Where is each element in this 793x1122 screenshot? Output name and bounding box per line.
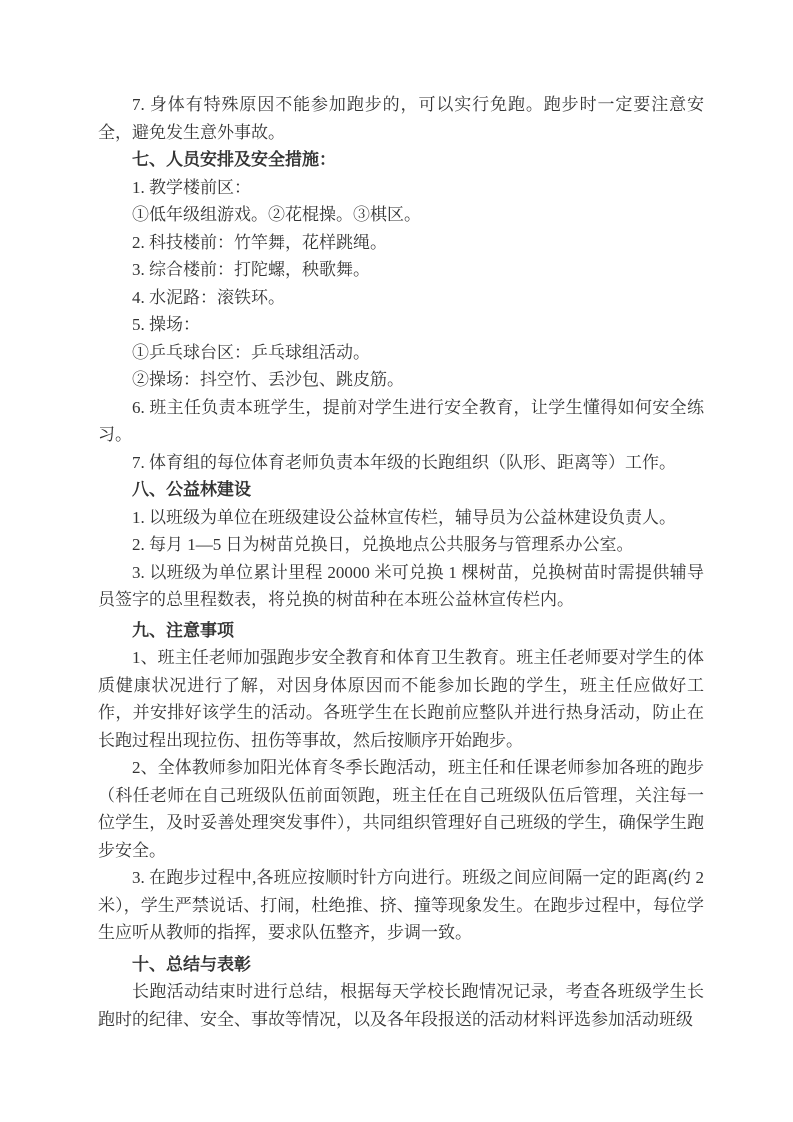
item-comprehensive-building: 3. 综合楼前：打陀螺，秧歌舞。 — [98, 256, 704, 284]
item-science-building: 2. 科技楼前：竹竿舞，花样跳绳。 — [98, 229, 704, 257]
item-playground-activities: ②操场：抖空竹、丢沙包、跳皮筋。 — [98, 366, 704, 394]
item-teaching-building-activities: ①低年级组游戏。②花棍操。③棋区。 — [98, 201, 704, 229]
item-class-teacher-duty: 6. 班主任负责本班学生，提前对学生进行安全教育，让学生懂得如何安全练习。 — [98, 394, 704, 449]
para-exemption-note: 7. 身体有特殊原因不能参加跑步的，可以实行免跑。跑步时一定要注意安全，避免发生… — [98, 91, 704, 146]
heading-section-7-personnel-safety: 七、人员安排及安全措施： — [98, 146, 704, 174]
para-summary: 长跑活动结束时进行总结，根据每天学校长跑情况记录，考查各班级学生长跑时的纪律、安… — [98, 978, 704, 1033]
item-sapling-exchange-rule: 3. 以班级为单位累计里程 20000 米可兑换 1 棵树苗，兑换树苗时需提供辅… — [98, 559, 704, 614]
item-pingpong-area: ①乒乓球台区：乒乓球组活动。 — [98, 339, 704, 367]
item-cement-road: 4. 水泥路：滚铁环。 — [98, 284, 704, 312]
item-playground: 5. 操场： — [98, 311, 704, 339]
document-page: 7. 身体有特殊原因不能参加跑步的，可以实行免跑。跑步时一定要注意安全，避免发生… — [0, 0, 793, 1122]
item-teaching-building-area: 1. 教学楼前区： — [98, 174, 704, 202]
heading-section-8-welfare-forest: 八、公益林建设 — [98, 476, 704, 504]
heading-section-10-summary: 十、总结与表彰 — [98, 951, 704, 979]
item-pe-teacher-duty: 7. 体育组的每位体育老师负责本年级的长跑组织（队形、距离等）工作。 — [98, 449, 704, 477]
heading-section-9-notes: 九、注意事项 — [98, 617, 704, 645]
para-note-3: 3. 在跑步过程中,各班应按顺时针方向进行。班级之间应间隔一定的距离(约 2 米… — [98, 864, 704, 947]
item-sapling-exchange-day: 2. 每月 1—5 日为树苗兑换日，兑换地点公共服务与管理系办公室。 — [98, 531, 704, 559]
item-forest-publicity-board: 1. 以班级为单位在班级建设公益林宣传栏，辅导员为公益林建设负责人。 — [98, 504, 704, 532]
para-note-2: 2、全体教师参加阳光体育冬季长跑活动，班主任和任课老师参加各班的跑步（科任老师在… — [98, 754, 704, 864]
para-note-1: 1、班主任老师加强跑步安全教育和体育卫生教育。班主任老师要对学生的体质健康状况进… — [98, 644, 704, 754]
